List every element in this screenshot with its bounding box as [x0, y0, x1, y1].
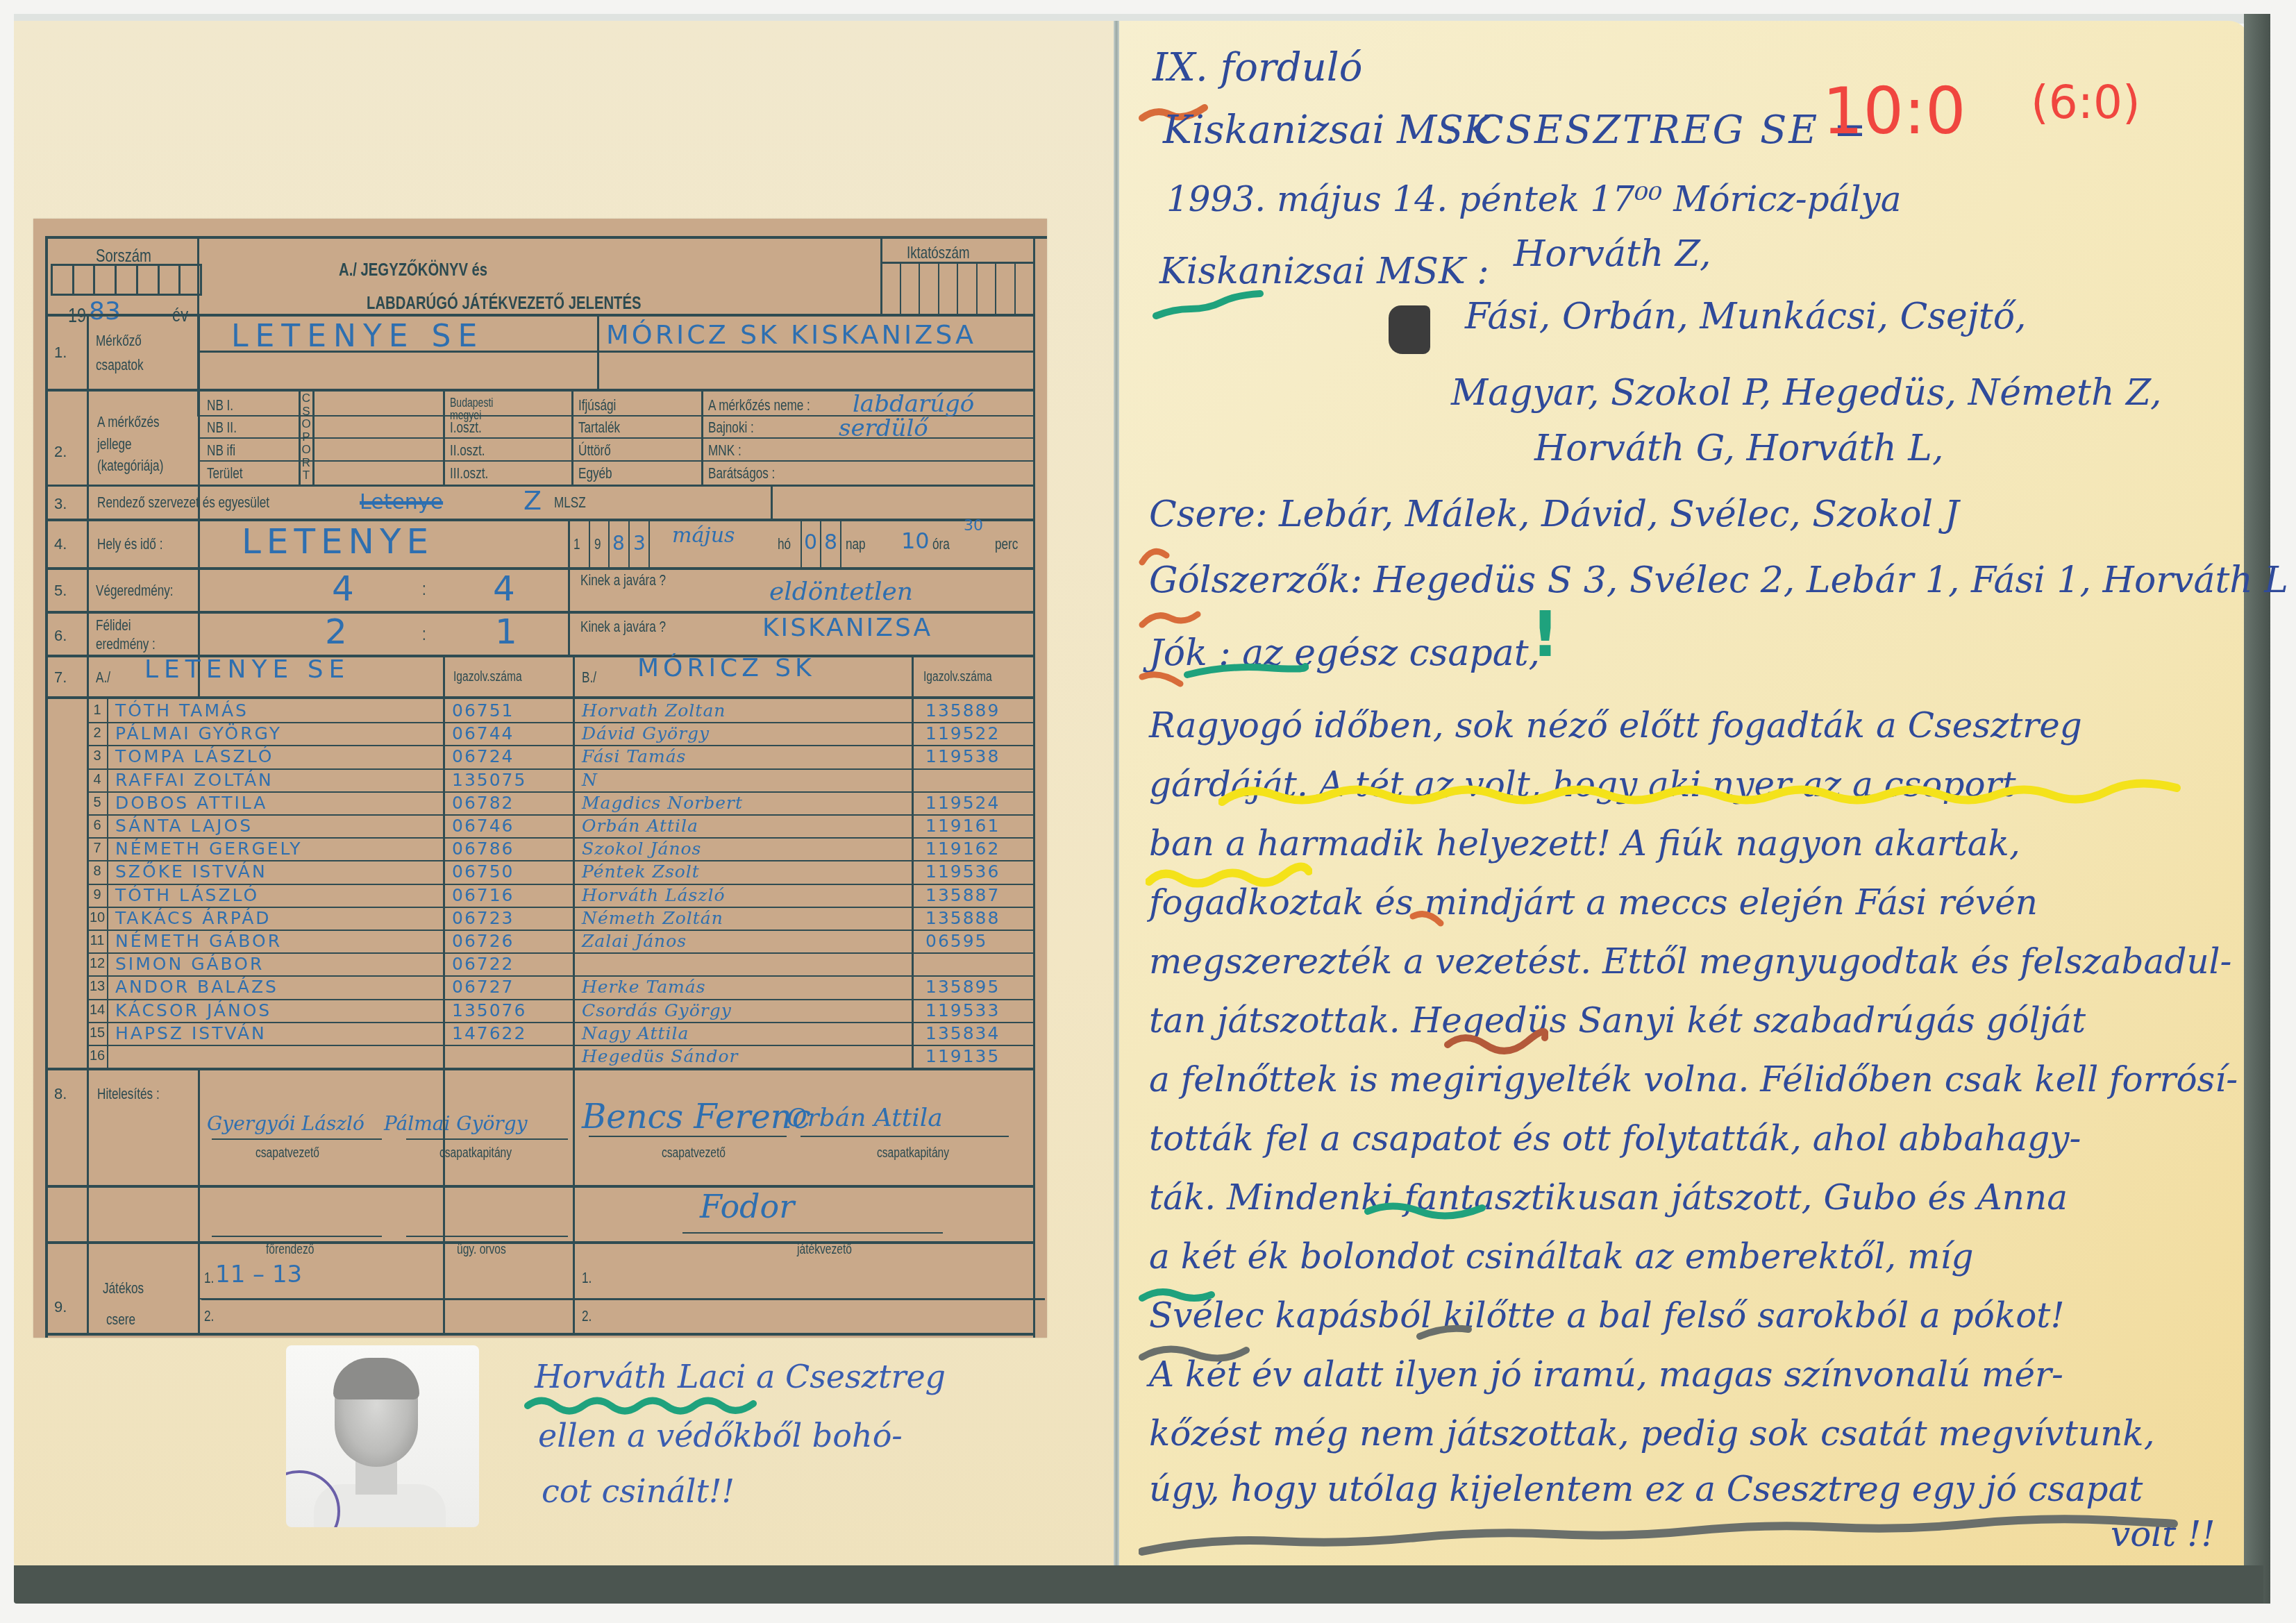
s6-label-1: Félidei — [96, 618, 131, 633]
player-id: 135888 — [925, 908, 1000, 928]
s1-num: 1. — [54, 345, 67, 360]
s8-num: 8. — [54, 1086, 67, 1102]
player-name: Fási Tamás — [582, 746, 686, 766]
roster-a-row: 1TÓTH TAMÁS06751 — [87, 699, 573, 723]
row-number: 9 — [87, 884, 108, 907]
roster-a-row: 2PÁLMAI GYÖRGY06744 — [87, 722, 573, 746]
sub-b-2-label: 2. — [582, 1309, 592, 1324]
roster-b-row: Zalai János06595 — [575, 930, 1034, 954]
sub-a-1-label: 1. — [204, 1270, 214, 1286]
role-a-captain: csapatkapitány — [439, 1146, 512, 1160]
roster-b-row: Horváth László135887 — [575, 884, 1034, 908]
player-id: 06723 — [452, 908, 514, 928]
s3-label: Rendező szervezet és egyesület — [97, 495, 269, 510]
referee-signature: Fodor — [700, 1191, 794, 1222]
paragraph-line: tották fel a csapatot és ott folytatták,… — [1149, 1121, 2081, 1156]
roster-a-row: 5DOBOS ATTILA06782 — [87, 791, 573, 816]
month-value: május — [672, 525, 735, 546]
roster-team-a: 1TÓTH TAMÁS067512PÁLMAI GYÖRGY067443TOMP… — [87, 699, 573, 1068]
place-value: LETENYE — [242, 524, 434, 559]
row-number: 3 — [87, 745, 108, 768]
s1-label-1: Mérkőző — [96, 333, 142, 348]
player-name: Horvath Zoltan — [582, 700, 726, 721]
team-b-id-header: Igazolv.száma — [923, 670, 992, 684]
roster-a-row: 9TÓTH LÁSZLÓ06716 — [87, 884, 573, 908]
form-section-10 — [33, 1333, 1047, 1340]
subs-line: Csere: Lebár, Málek, Dávid, Svélec, Szok… — [1149, 496, 1959, 532]
roster-b-row: Fási Tamás119538 — [575, 745, 1034, 769]
date-line: 1993. május 14. péntek 17⁰⁰ Móricz-pálya — [1166, 182, 1902, 217]
notebook-spine — [1114, 21, 1119, 1583]
roster-a-row: 15HAPSZ ISTVÁN147622 — [87, 1022, 573, 1046]
roster-a-row: 3TOMPA LÁSZLÓ06724 — [87, 745, 573, 769]
player-name: DOBOS ATTILA — [115, 793, 267, 813]
iktatoszam-boxes — [882, 263, 1033, 314]
player-id: 06744 — [452, 723, 514, 743]
paragraph-line: a felnőttek is megirigyelték volna. Féli… — [1149, 1062, 2238, 1097]
s7-num: 7. — [54, 670, 67, 685]
lineup-line3: Magyar, Szokol P, Hegedüs, Németh Z, — [1451, 375, 2162, 411]
half-score-b: 1 — [495, 614, 517, 649]
year-digit-2: 9 — [594, 537, 601, 552]
player-name: NÉMETH GERGELY — [115, 839, 302, 859]
s2-label-1: A mérkőzés — [97, 414, 160, 430]
role-doctor: ügy. orvos — [457, 1243, 506, 1256]
stamp-icon — [286, 1470, 340, 1527]
s3-value: MLSZ — [554, 495, 586, 510]
player-id: 135887 — [925, 885, 1000, 905]
roster-b-row: Orbán Attila119161 — [575, 814, 1034, 839]
player-name: Nagy Attila — [582, 1023, 689, 1043]
orange-squiggle-hegedus — [1444, 1027, 1548, 1055]
year-digit-1: 1 — [573, 537, 580, 552]
team-a-prefix: A./ — [96, 670, 110, 685]
roster-b-row: Dávid György119522 — [575, 722, 1034, 746]
s9-label-1: Játékos — [103, 1281, 144, 1296]
roster-b-row: Németh Zoltán135888 — [575, 907, 1034, 931]
player-id: 06786 — [452, 839, 514, 859]
player-id: 119135 — [925, 1046, 1000, 1066]
roster-a-row: 11NÉMETH GÁBOR06726 — [87, 930, 573, 954]
photo-note-line1: Horváth Laci a Csesztreg — [535, 1361, 946, 1393]
yellow-squiggle-2 — [1146, 861, 1312, 892]
player-id: 06727 — [452, 977, 514, 997]
baratsagos-label: Barátságos : — [708, 466, 775, 481]
player-id: 06726 — [452, 931, 514, 951]
team-b-value: MÓRICZ SK KISKANIZSA — [606, 321, 976, 348]
row-number: 6 — [87, 814, 108, 837]
final-winner-label: Kinek a javára ? — [580, 573, 666, 588]
team-a-value: LETENYE SE — [231, 321, 484, 352]
roster-b-row: Magdics Norbert119524 — [575, 791, 1034, 816]
gray-squiggle-final — [1139, 1510, 2180, 1565]
player-name: Horváth László — [582, 885, 725, 905]
s1-label-2: csapatok — [96, 358, 144, 373]
iktatoszam-label: Iktatószám — [907, 245, 970, 262]
s9-label-2: csere — [106, 1312, 135, 1327]
neme-value: labdarúgó — [853, 392, 974, 416]
redacted-mark — [1389, 305, 1430, 354]
half-score-a: 2 — [325, 614, 347, 649]
green-exclamation: ! — [1531, 604, 1559, 666]
s4-label: Hely és idő : — [97, 537, 162, 552]
sub-a-2-label: 2. — [204, 1309, 214, 1324]
cat-iii-oszt: III.oszt. — [450, 466, 488, 481]
form-title-line1: A./ JEGYZŐKÖNYV és — [339, 260, 487, 278]
player-name: ANDOR BALÁZS — [115, 977, 278, 997]
cat-nbifi: NB ifi — [207, 443, 235, 458]
roster-a-row: 10TAKÁCS ÁRPÁD06723 — [87, 907, 573, 931]
notebook-cover-edge — [2244, 14, 2270, 1604]
roster-b-row: Herke Tamás135895 — [575, 975, 1034, 1000]
player-id: 119538 — [925, 746, 1000, 766]
player-id: 119536 — [925, 861, 1000, 882]
player-name: Péntek Zsolt — [582, 861, 700, 882]
sorszam-boxes — [51, 264, 202, 296]
roster-b-row: Hegedüs Sándor119135 — [575, 1045, 1034, 1069]
player-id: 119524 — [925, 793, 1000, 813]
roster-a-row: 8SZŐKE ISTVÁN06750 — [87, 860, 573, 884]
final-winner-value: eldöntetlen — [769, 580, 913, 605]
s2-label-2: jellege — [97, 437, 132, 452]
minute-label: perc — [995, 537, 1018, 552]
photo-note-line2: ellen a védőkből bohó- — [538, 1420, 903, 1452]
match-home: Kiskanizsai MSK — [1163, 111, 1493, 150]
player-name: Csordás György — [582, 1000, 732, 1020]
paragraph-line: tan játszottak. Hegedüs Sanyi két szabad… — [1149, 1003, 2086, 1038]
lineup-line2: Fási, Orbán, Munkácsi, Csejtő, — [1465, 298, 2027, 335]
player-name: TÓTH LÁSZLÓ — [115, 885, 259, 905]
player-name: Németh Zoltán — [582, 908, 723, 928]
paragraph-line: kőzést még nem játszottak, pedig sok csa… — [1149, 1416, 2155, 1451]
roster-a-row: 12SIMON GÁBOR06722 — [87, 952, 573, 977]
roster-b-row: Horvath Zoltan135889 — [575, 699, 1034, 723]
player-name: SIMON GÁBOR — [115, 954, 264, 974]
player-id: 119162 — [925, 839, 1000, 859]
half-score-sep: : — [422, 625, 426, 643]
mnk-label: MNK : — [708, 443, 741, 458]
player-id: 135889 — [925, 700, 1000, 721]
s9-num: 9. — [54, 1300, 67, 1315]
player-name: TÓTH TAMÁS — [115, 700, 249, 721]
gray-squiggle-kapasbol — [1139, 1336, 1250, 1364]
player-name: SZŐKE ISTVÁN — [115, 861, 267, 882]
player-name: KÁCSOR JÁNOS — [115, 1000, 271, 1020]
player-name: Hegedüs Sándor — [582, 1046, 738, 1066]
paragraph-line: Ragyogó időben, sok néző előtt fogadták … — [1149, 708, 2082, 743]
role-b-leader: csapatvezető — [662, 1146, 726, 1160]
player-name: SÁNTA LAJOS — [115, 816, 253, 836]
player-name: N — [582, 770, 598, 790]
roster-b-row: Péntek Zsolt119536 — [575, 860, 1034, 884]
s3-struck-value: Letenye — [360, 492, 443, 513]
paragraph-line: A két év alatt ilyen jó iramú, magas szí… — [1149, 1357, 2063, 1392]
player-id: 06716 — [452, 885, 514, 905]
cat-egyeb: Egyéb — [578, 466, 612, 481]
roster-b-row: Szokol János119162 — [575, 837, 1034, 861]
lineup-line4: Horváth G, Horváth L, — [1534, 430, 1943, 466]
s6-num: 6. — [54, 628, 67, 644]
cat-i-oszt: I.oszt. — [450, 420, 482, 435]
csoport-vertical-label: CSOPORT — [301, 392, 311, 482]
row-number: 12 — [87, 952, 108, 975]
lineup-label: Kiskanizsai MSK : — [1159, 253, 1489, 289]
green-squiggle-ek — [1139, 1281, 1215, 1309]
role-organizer: főrendező — [266, 1243, 314, 1256]
player-name: Magdics Norbert — [582, 793, 743, 813]
s4-num: 4. — [54, 537, 67, 552]
cat-ifjusagi: Ifjúsági — [578, 398, 616, 413]
row-number: 10 — [87, 907, 108, 930]
bajnoki-label: Bajnoki : — [708, 420, 754, 435]
row-number: 8 — [87, 860, 108, 883]
roster-a-row: 14KÁCSOR JÁNOS135076 — [87, 999, 573, 1023]
lineup-line1: Horváth Z, — [1514, 236, 1711, 272]
roster-a-row: 13ANDOR BALÁZS06727 — [87, 975, 573, 1000]
player-name: Zalai János — [582, 931, 687, 951]
player-id: 06751 — [452, 700, 514, 721]
halftime-score: (6:0) — [2031, 80, 2140, 126]
paragraph-line: ban a harmadik helyezett! A fiúk nagyon … — [1149, 826, 2020, 861]
photo-note-line3: cot csinált!! — [542, 1475, 735, 1507]
role-a-leader: csapatvezető — [255, 1146, 319, 1160]
row-number: 1 — [87, 699, 108, 722]
player-id: 06750 — [452, 861, 514, 882]
roster-a-row: 7NÉMETH GERGELY06786 — [87, 837, 573, 861]
sig-b-captain: Orbán Attila — [787, 1106, 943, 1131]
green-underline-best — [1184, 659, 1309, 680]
player-name: Herke Tamás — [582, 977, 706, 997]
final-score-a: 4 — [332, 571, 354, 606]
final-score-b: 4 — [493, 571, 515, 606]
row-number: 11 — [87, 930, 108, 952]
s8-label: Hitelesítés : — [97, 1086, 160, 1102]
team-a-id-header: Igazolv.száma — [453, 670, 522, 684]
year-digit-3: 8 — [612, 534, 625, 553]
roster-a-row: 6SÁNTA LAJOS06746 — [87, 814, 573, 839]
player-id: 119522 — [925, 723, 1000, 743]
player-name: NÉMETH GÁBOR — [115, 931, 282, 951]
form-title-line2: LABDARÚGÓ JÁTÉKVEZETŐ JELENTÉS — [367, 294, 642, 312]
player-id: 06722 — [452, 954, 514, 974]
yellow-squiggle-1 — [1218, 774, 2184, 816]
green-underline-squiggle — [524, 1395, 760, 1416]
scorers-line: Gólszerzők: Hegedüs S 3, Svélec 2, Lebár… — [1149, 562, 2296, 598]
half-winner-label: Kinek a javára ? — [580, 619, 666, 634]
player-id: 119533 — [925, 1000, 1000, 1020]
organizer-line — [212, 1236, 382, 1237]
sig-b-leader: Bencs Ferenc — [582, 1100, 811, 1134]
day-label: nap — [846, 537, 866, 552]
green-squiggle-lineup — [1153, 288, 1264, 323]
team-b-roster-name: MÓRICZ SK — [637, 656, 816, 681]
player-id: 135834 — [925, 1023, 1000, 1043]
orange-squiggle-best — [1139, 670, 1187, 691]
match-report-form: Sorszám 19 83 év A./ JEGYZŐKÖNYV és LABD… — [33, 219, 1047, 1338]
player-id: 06782 — [452, 793, 514, 813]
cat-nb2: NB II. — [207, 420, 237, 435]
player-name: Orbán Attila — [582, 816, 698, 836]
team-a-roster-name: LETENYE SE — [144, 657, 350, 682]
orange-squiggle-scorers — [1139, 604, 1201, 632]
player-name: Szokol János — [582, 839, 701, 859]
s2-label-3: (kategóriája) — [97, 458, 163, 473]
player-name: RAFFAI ZOLTÁN — [115, 770, 274, 790]
s5-label: Végeredmény: — [96, 583, 174, 598]
s6-label-2: eredmény : — [96, 637, 156, 652]
roster-b-row: N — [575, 768, 1034, 793]
cat-tartalek: Tartalék — [578, 420, 620, 435]
year-suffix: 83 — [89, 299, 121, 324]
player-id: 135895 — [925, 977, 1000, 997]
match-away: : CSESZTREG SE = — [1444, 111, 1868, 150]
minute-value: 30 — [964, 519, 983, 534]
paragraph-line: ták. Mindenki fantasztikusan játszott, G… — [1149, 1180, 2068, 1215]
roster-b-row — [575, 952, 1034, 977]
sorszam-label: Sorszám — [96, 246, 151, 264]
gray-squiggle-pokot — [1416, 1322, 1472, 1343]
final-score: 10:0 — [1822, 80, 1966, 144]
row-number: 16 — [87, 1045, 108, 1068]
cat-budapesti: Budapesti megyei — [450, 396, 510, 421]
player-name: Dávid György — [582, 723, 710, 743]
s3-value-prefix: Z — [523, 487, 542, 514]
roster-b-row: Csordás György119533 — [575, 999, 1034, 1023]
s3-num: 3. — [54, 496, 67, 512]
row-number: 13 — [87, 975, 108, 998]
cat-terulet: Terület — [207, 466, 243, 481]
half-winner-value: KISKANIZSA — [762, 616, 932, 641]
cat-uttoro: Úttörő — [578, 443, 611, 458]
sub-a-1-value: 11 – 13 — [215, 1263, 302, 1286]
role-referee: játékvezető — [797, 1243, 852, 1256]
roster-team-b: Horvath Zoltan135889Dávid György119522Fá… — [575, 699, 1034, 1068]
s2-num: 2. — [54, 444, 67, 460]
sig-a-leader: Gyergyói László — [207, 1114, 364, 1134]
final-score-sep: : — [422, 580, 426, 598]
row-number: 2 — [87, 722, 108, 745]
player-name: PÁLMAI GYÖRGY — [115, 723, 282, 743]
player-id: 135076 — [452, 1000, 526, 1020]
team-b-prefix: B./ — [582, 670, 596, 685]
player-name: HAPSZ ISTVÁN — [115, 1023, 267, 1043]
orange-squiggle-fasi — [1409, 909, 1444, 930]
cat-nb1: NB I. — [207, 398, 233, 413]
hour-value: 10 — [901, 530, 930, 552]
role-b-captain: csapatkapitány — [877, 1146, 949, 1160]
paragraph-line: megszerezték a vezetést. Ettől megnyugod… — [1149, 944, 2232, 979]
player-id: 135075 — [452, 770, 526, 790]
sub-b-1-label: 1. — [582, 1270, 592, 1286]
row-number: 14 — [87, 999, 108, 1022]
sig-a-captain: Pálmai György — [384, 1114, 528, 1134]
player-id: 06746 — [452, 816, 514, 836]
neme-label: A mérkőzés neme : — [708, 398, 810, 413]
day-value: 08 — [804, 532, 844, 553]
paragraph-line: Svélec kapásból kilőtte a bal felső saro… — [1149, 1298, 2065, 1333]
player-name: TOMPA LÁSZLÓ — [115, 746, 274, 766]
roster-a-row: 4RAFFAI ZOLTÁN135075 — [87, 768, 573, 793]
row-number: 4 — [87, 768, 108, 791]
player-name: TAKÁCS ÁRPÁD — [115, 908, 271, 928]
paragraph-line: a két ék bolondot csináltak az emberektő… — [1149, 1239, 1973, 1274]
year-digit-4: 3 — [633, 534, 646, 553]
row-number: 7 — [87, 837, 108, 860]
roster-b-row: Nagy Attila135834 — [575, 1022, 1034, 1046]
player-id: 119161 — [925, 816, 1000, 836]
cat-ii-oszt: II.oszt. — [450, 443, 485, 458]
paragraph-line: úgy, hogy utólag kijelentem ez a Csesztr… — [1149, 1472, 2143, 1506]
player-id: 06595 — [925, 931, 988, 951]
player-id: 06724 — [452, 746, 514, 766]
bajnoki-value: serdülő — [839, 417, 928, 440]
s5-num: 5. — [54, 583, 67, 598]
roster-a-row: 16 — [87, 1045, 573, 1069]
round-heading: IX. forduló — [1153, 49, 1362, 87]
row-number: 15 — [87, 1022, 108, 1045]
month-label: hó — [778, 537, 791, 552]
notebook-cover-bottom — [14, 1565, 2263, 1604]
hour-label: óra — [932, 537, 950, 552]
row-number: 5 — [87, 791, 108, 814]
player-id: 147622 — [452, 1023, 526, 1043]
player-photo — [286, 1345, 479, 1527]
green-squiggle-gubo — [1364, 1197, 1489, 1225]
